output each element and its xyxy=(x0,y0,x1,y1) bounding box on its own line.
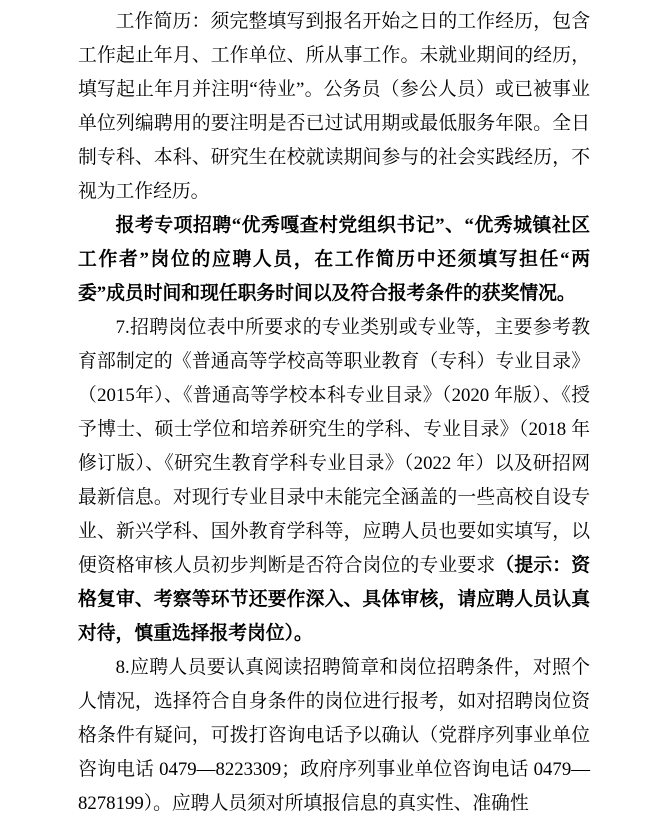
item-8-text: 8.应聘人员要认真阅读招聘简章和岗位招聘条件，对照个人情况，选择符合自身条件的岗… xyxy=(78,657,590,814)
paragraph-item-7: 7.招聘岗位表中所要求的专业类别或专业等，主要参考教育部制定的《普通高等学校高等… xyxy=(78,311,590,651)
paragraph-work-history: 工作简历：须完整填写到报名开始之日的工作经历，包含工作起止年月、工作单位、所从事… xyxy=(78,5,590,209)
item-7-text: 7.招聘岗位表中所要求的专业类别或专业等，主要参考教育部制定的《普通高等学校高等… xyxy=(78,317,590,576)
document-page: 工作简历：须完整填写到报名开始之日的工作经历，包含工作起止年月、工作单位、所从事… xyxy=(0,0,661,819)
work-history-text: 工作简历：须完整填写到报名开始之日的工作经历，包含工作起止年月、工作单位、所从事… xyxy=(78,11,590,202)
special-recruitment-text: 报考专项招聘“优秀嘎查村党组织书记”、“优秀城镇社区工作者”岗位的应聘人员，在工… xyxy=(78,215,590,304)
paragraph-special-recruitment: 报考专项招聘“优秀嘎查村党组织书记”、“优秀城镇社区工作者”岗位的应聘人员，在工… xyxy=(78,209,590,311)
paragraph-item-8: 8.应聘人员要认真阅读招聘简章和岗位招聘条件，对照个人情况，选择符合自身条件的岗… xyxy=(78,651,590,819)
